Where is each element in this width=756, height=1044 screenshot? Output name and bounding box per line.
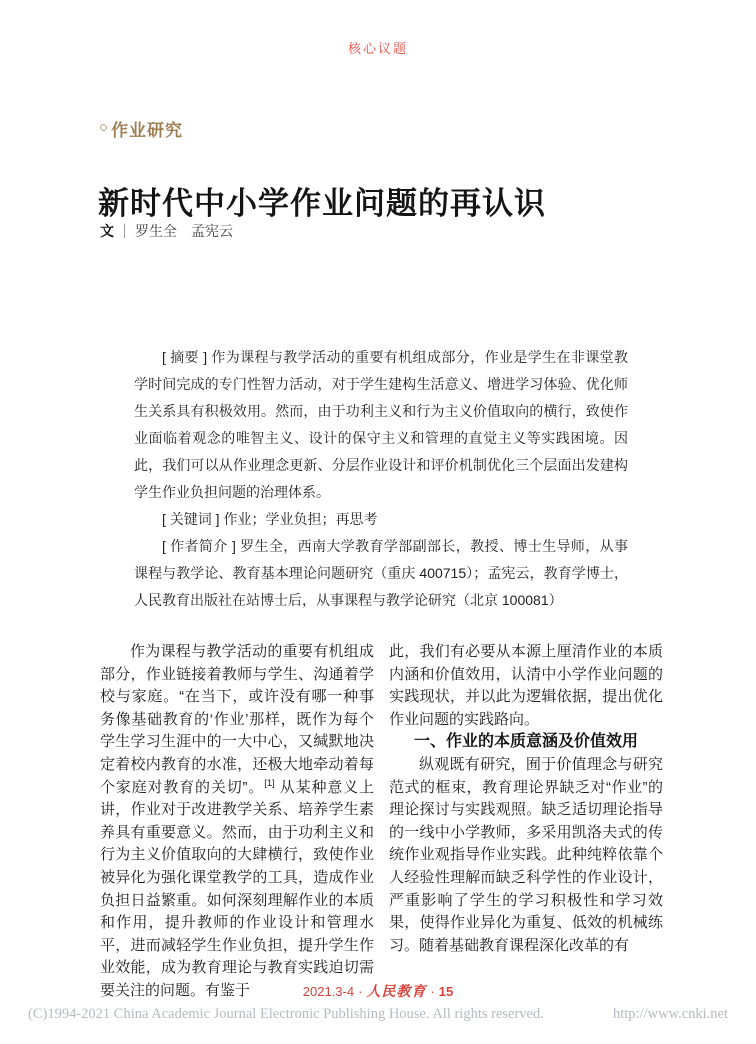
body-text-pre: 作为课程与教学活动的重要有机组成部分，作业链接着教师与学生、沟通着学校与家庭。“… <box>100 643 374 796</box>
page-number: 15 <box>439 984 453 999</box>
journal-name: 人民教育 <box>366 983 426 999</box>
footer-dot: · <box>430 984 434 999</box>
section-label: 作业研究 <box>111 116 183 141</box>
body-paragraph-right: 纵观既有研究，囿于价值理念与研究范式的框束，教育理论界缺乏对“作业”的理论探讨与… <box>389 754 663 957</box>
section-one-heading: 一、作业的本质意涵及价值效用 <box>389 731 663 754</box>
body-column-right: 此，我们有必要从本源上厘清作业的本质内涵和价值效用，认清中小学作业问题的实践现状… <box>389 641 663 957</box>
body-paragraph-continued: 此，我们有必要从本源上厘清作业的本质内涵和价值效用，认清中小学作业问题的实践现状… <box>389 641 663 731</box>
copyright-row: (C)1994-2021 China Academic Journal Elec… <box>0 1006 756 1023</box>
footer-issue: 2021.3-4 <box>303 984 354 999</box>
abstract-paragraph: [ 摘要 ] 作为课程与教学活动的重要有机组成部分，作业是学生在非课堂教学时间完… <box>134 344 628 506</box>
cnki-url: http://www.cnki.net <box>613 1006 728 1023</box>
keywords-line: [ 关键词 ] 作业；学业负担；再思考 <box>134 506 628 533</box>
journal-page: 核心议题 ○ 作业研究 新时代中小学作业问题的再认识 文 罗生全 孟宪云 [ 摘… <box>0 0 756 1044</box>
body-text-post: 从某种意义上讲，作业对于改进教学关系、培养学生素养具有重要意义。然而，由于功利主… <box>100 779 374 999</box>
byline-divider <box>124 224 125 238</box>
section-label-row: ○ 作业研究 <box>99 116 183 141</box>
footer-dot: · <box>358 984 362 999</box>
copyright-text: (C)1994-2021 China Academic Journal Elec… <box>28 1006 544 1023</box>
circle-mark-icon: ○ <box>99 119 109 136</box>
byline: 文 罗生全 孟宪云 <box>100 221 233 241</box>
footnote-reference: [1] <box>264 778 275 789</box>
byline-prefix: 文 <box>100 221 114 241</box>
front-matter-block: [ 摘要 ] 作为课程与教学活动的重要有机组成部分，作业是学生在非课堂教学时间完… <box>134 344 628 614</box>
page-footer: 2021.3-4·人民教育·15 <box>0 981 756 1001</box>
body-column-left: 作为课程与教学活动的重要有机组成部分，作业链接着教师与学生、沟通着学校与家庭。“… <box>100 641 374 1003</box>
article-title: 新时代中小学作业问题的再认识 <box>98 178 698 223</box>
author-bio-paragraph: [ 作者简介 ] 罗生全，西南大学教育学部副部长，教授、博士生导师，从事课程与教… <box>134 533 628 614</box>
topic-header: 核心议题 <box>0 38 756 57</box>
body-paragraph-left: 作为课程与教学活动的重要有机组成部分，作业链接着教师与学生、沟通着学校与家庭。“… <box>100 641 374 1003</box>
byline-authors: 罗生全 孟宪云 <box>135 221 233 241</box>
